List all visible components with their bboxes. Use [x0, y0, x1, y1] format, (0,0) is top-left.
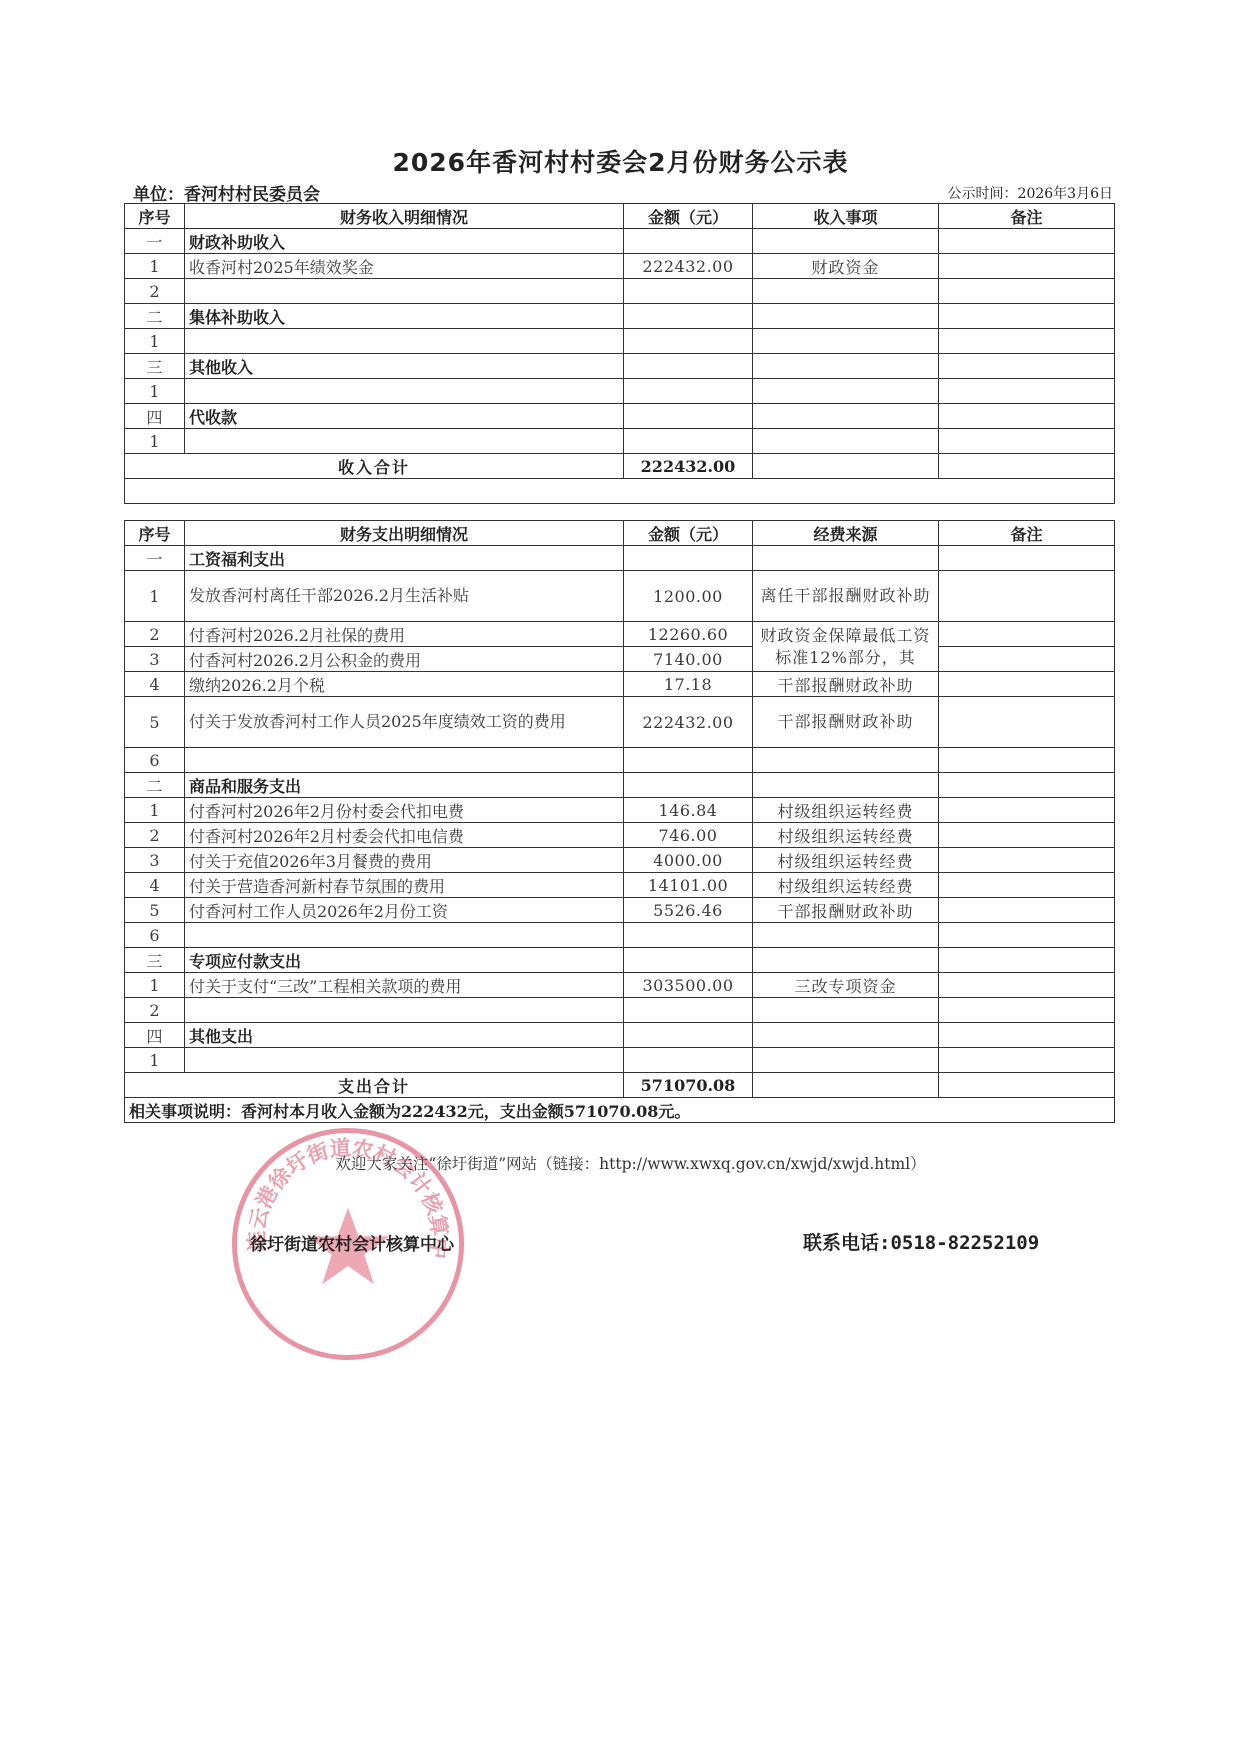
- table-row: 1: [125, 429, 1115, 454]
- description-cell: [185, 429, 624, 454]
- note-cell: [939, 823, 1115, 848]
- income-item-cell: [753, 279, 939, 304]
- funding-source-cell: [753, 998, 939, 1023]
- funding-source-cell: 干部报酬财政补助: [753, 697, 939, 748]
- seq-cell: 2: [125, 279, 185, 304]
- note-cell: [939, 647, 1115, 672]
- table-row: 2: [125, 279, 1115, 304]
- category-row: 三其他收入: [125, 354, 1115, 379]
- seq-cell: 2: [125, 998, 185, 1023]
- category-row: 一工资福利支出: [125, 546, 1115, 571]
- accounting-center-name: 徐圩街道农村会计核算中心: [250, 1230, 454, 1255]
- note-cell: [939, 329, 1115, 354]
- note-cell: [939, 672, 1115, 697]
- income-item-cell: [753, 329, 939, 354]
- amount-cell: 17.18: [624, 672, 753, 697]
- amount-cell: [624, 748, 753, 773]
- description-cell: 专项应付款支出: [185, 948, 624, 973]
- amount-cell: [624, 329, 753, 354]
- table-row: 3付香河村2026.2月公积金的费用7140.00: [125, 647, 1115, 672]
- amount-cell: [624, 1023, 753, 1048]
- empty-cell: [753, 454, 939, 479]
- seq-cell: 2: [125, 823, 185, 848]
- funding-source-cell: [753, 923, 939, 948]
- seq-cell: 5: [125, 898, 185, 923]
- funding-source-cell: 财政资金保障最低工资标准12%部分，其: [753, 622, 939, 672]
- income-total-amount: 222432.00: [624, 454, 753, 479]
- table-row: 4缴纳2026.2月个税17.18干部报酬财政补助: [125, 672, 1115, 697]
- column-header: 金额（元）: [624, 521, 753, 546]
- description-cell: 付香河村2026年2月份村委会代扣电费: [185, 798, 624, 823]
- seq-cell: 4: [125, 672, 185, 697]
- seq-cell: 1: [125, 1048, 185, 1073]
- table-row: 5付香河村工作人员2026年2月份工资5526.46干部报酬财政补助: [125, 898, 1115, 923]
- amount-cell: [624, 998, 753, 1023]
- description-cell: [185, 748, 624, 773]
- income-total-row: 收入合计222432.00: [125, 454, 1115, 479]
- income-table: 序号财务收入明细情况金额（元）收入事项备注一财政补助收入1收香河村2025年绩效…: [124, 203, 1115, 504]
- seq-cell: 2: [125, 622, 185, 647]
- note-cell: [939, 1048, 1115, 1073]
- funding-source-cell: 三改专项资金: [753, 973, 939, 998]
- remark-row: 相关事项说明：香河村本月收入金额为222432元，支出金额571070.08元。: [125, 1098, 1115, 1123]
- table-row: 1: [125, 1048, 1115, 1073]
- contact-phone: 联系电话:0518-82252109: [803, 1228, 1039, 1255]
- category-row: 一财政补助收入: [125, 229, 1115, 254]
- seq-cell: 4: [125, 873, 185, 898]
- amount-cell: [624, 429, 753, 454]
- table-row: 2: [125, 998, 1115, 1023]
- note-cell: [939, 254, 1115, 279]
- seq-cell: 一: [125, 546, 185, 571]
- description-cell: [185, 998, 624, 1023]
- note-cell: [939, 404, 1115, 429]
- column-header: 财务收入明细情况: [185, 204, 624, 229]
- expense-header-row: 序号财务支出明细情况金额（元）经费来源备注: [125, 521, 1115, 546]
- description-cell: 其他支出: [185, 1023, 624, 1048]
- description-cell: 财政补助收入: [185, 229, 624, 254]
- seq-cell: 1: [125, 254, 185, 279]
- amount-cell: 222432.00: [624, 697, 753, 748]
- description-cell: 工资福利支出: [185, 546, 624, 571]
- unit-label: 单位：香河村村民委员会: [133, 180, 320, 205]
- table-row: 1: [125, 379, 1115, 404]
- note-cell: [939, 279, 1115, 304]
- column-header: 序号: [125, 521, 185, 546]
- table-row: 1发放香河村离任干部2026.2月生活补贴1200.00离任干部报酬财政补助: [125, 571, 1115, 622]
- seq-cell: 5: [125, 697, 185, 748]
- empty-cell: [753, 1073, 939, 1098]
- table-row: 2付香河村2026.2月社保的费用12260.60财政资金保障最低工资标准12%…: [125, 622, 1115, 647]
- amount-cell: 12260.60: [624, 622, 753, 647]
- description-cell: 付关于营造香河新村春节氛围的费用: [185, 873, 624, 898]
- description-cell: [185, 923, 624, 948]
- table-row: 1付关于支付“三改”工程相关款项的费用303500.00三改专项资金: [125, 973, 1115, 998]
- description-cell: [185, 379, 624, 404]
- note-cell: [939, 773, 1115, 798]
- table-row: 1收香河村2025年绩效奖金222432.00财政资金: [125, 254, 1115, 279]
- expense-total-label: 支出合计: [125, 1073, 624, 1098]
- table-row: 4付关于营造香河新村春节氛围的费用14101.00村级组织运转经费: [125, 873, 1115, 898]
- description-cell: 发放香河村离任干部2026.2月生活补贴: [185, 571, 624, 622]
- seq-cell: 1: [125, 798, 185, 823]
- funding-source-cell: 离任干部报酬财政补助: [753, 571, 939, 622]
- amount-cell: 5526.46: [624, 898, 753, 923]
- note-cell: [939, 848, 1115, 873]
- amount-cell: 1200.00: [624, 571, 753, 622]
- amount-cell: [624, 546, 753, 571]
- table-row: 5付关于发放香河村工作人员2025年度绩效工资的费用222432.00干部报酬财…: [125, 697, 1115, 748]
- website-notice: 欢迎大家关注“徐圩街道”网站（链接：http://www.xwxq.gov.cn…: [0, 1152, 1241, 1174]
- amount-cell: [624, 304, 753, 329]
- amount-cell: 303500.00: [624, 973, 753, 998]
- amount-cell: [624, 279, 753, 304]
- description-cell: [185, 329, 624, 354]
- expense-total-amount: 571070.08: [624, 1073, 753, 1098]
- income-item-cell: 财政资金: [753, 254, 939, 279]
- note-cell: [939, 229, 1115, 254]
- funding-source-cell: [753, 546, 939, 571]
- description-cell: 付香河村2026.2月公积金的费用: [185, 647, 624, 672]
- category-row: 二商品和服务支出: [125, 773, 1115, 798]
- seq-cell: 三: [125, 354, 185, 379]
- category-row: 三专项应付款支出: [125, 948, 1115, 973]
- seq-cell: 四: [125, 1023, 185, 1048]
- description-cell: 付香河村2026年2月村委会代扣电信费: [185, 823, 624, 848]
- page-title: 2026年香河村村委会2月份财务公示表: [0, 143, 1241, 179]
- seq-cell: 1: [125, 329, 185, 354]
- description-cell: 集体补助收入: [185, 304, 624, 329]
- amount-cell: 4000.00: [624, 848, 753, 873]
- funding-source-cell: 村级组织运转经费: [753, 848, 939, 873]
- income-item-cell: [753, 379, 939, 404]
- note-cell: [939, 1023, 1115, 1048]
- seq-cell: 二: [125, 304, 185, 329]
- note-cell: [939, 622, 1115, 647]
- seq-cell: 3: [125, 848, 185, 873]
- category-row: 四其他支出: [125, 1023, 1115, 1048]
- funding-source-cell: 干部报酬财政补助: [753, 898, 939, 923]
- income-item-cell: [753, 354, 939, 379]
- description-cell: 收香河村2025年绩效奖金: [185, 254, 624, 279]
- note-cell: [939, 873, 1115, 898]
- table-row: 1付香河村2026年2月份村委会代扣电费146.84村级组织运转经费: [125, 798, 1115, 823]
- column-header: 收入事项: [753, 204, 939, 229]
- seq-cell: 一: [125, 229, 185, 254]
- empty-cell: [939, 1073, 1115, 1098]
- funding-source-cell: 村级组织运转经费: [753, 823, 939, 848]
- note-cell: [939, 304, 1115, 329]
- amount-cell: 146.84: [624, 798, 753, 823]
- note-cell: [939, 354, 1115, 379]
- amount-cell: 746.00: [624, 823, 753, 848]
- note-cell: [939, 429, 1115, 454]
- table-row: 1: [125, 329, 1115, 354]
- amount-cell: 7140.00: [624, 647, 753, 672]
- funding-source-cell: 干部报酬财政补助: [753, 672, 939, 697]
- income-item-cell: [753, 304, 939, 329]
- category-row: 四代收款: [125, 404, 1115, 429]
- column-header: 财务支出明细情况: [185, 521, 624, 546]
- table-row: 6: [125, 923, 1115, 948]
- description-cell: 其他收入: [185, 354, 624, 379]
- funding-source-cell: [753, 1048, 939, 1073]
- funding-source-cell: [753, 773, 939, 798]
- income-item-cell: [753, 429, 939, 454]
- table-row: 3付关于充值2026年3月餐费的费用4000.00村级组织运转经费: [125, 848, 1115, 873]
- amount-cell: [624, 1048, 753, 1073]
- note-cell: [939, 379, 1115, 404]
- seq-cell: 6: [125, 748, 185, 773]
- seq-cell: 3: [125, 647, 185, 672]
- amount-cell: [624, 773, 753, 798]
- amount-cell: 14101.00: [624, 873, 753, 898]
- description-cell: 缴纳2026.2月个税: [185, 672, 624, 697]
- seq-cell: 6: [125, 923, 185, 948]
- remark-text: 相关事项说明：香河村本月收入金额为222432元，支出金额571070.08元。: [125, 1098, 1115, 1123]
- expense-total-row: 支出合计571070.08: [125, 1073, 1115, 1098]
- income-item-cell: [753, 404, 939, 429]
- column-header: 经费来源: [753, 521, 939, 546]
- note-cell: [939, 923, 1115, 948]
- column-header: 备注: [939, 521, 1115, 546]
- seq-cell: 1: [125, 571, 185, 622]
- description-cell: 付关于支付“三改”工程相关款项的费用: [185, 973, 624, 998]
- publish-time: 公示时间：2026年3月6日: [948, 183, 1113, 203]
- column-header: 金额（元）: [624, 204, 753, 229]
- table-row: 2付香河村2026年2月村委会代扣电信费746.00村级组织运转经费: [125, 823, 1115, 848]
- note-cell: [939, 948, 1115, 973]
- column-header: 序号: [125, 204, 185, 229]
- description-cell: [185, 279, 624, 304]
- funding-source-cell: [753, 948, 939, 973]
- note-cell: [939, 571, 1115, 622]
- spacer-cell: [125, 479, 1115, 504]
- table-row: 6: [125, 748, 1115, 773]
- seq-cell: 四: [125, 404, 185, 429]
- seq-cell: 1: [125, 429, 185, 454]
- description-cell: 付关于发放香河村工作人员2025年度绩效工资的费用: [185, 697, 624, 748]
- column-header: 备注: [939, 204, 1115, 229]
- description-cell: [185, 1048, 624, 1073]
- funding-source-cell: [753, 1023, 939, 1048]
- note-cell: [939, 798, 1115, 823]
- description-cell: 付关于充值2026年3月餐费的费用: [185, 848, 624, 873]
- income-item-cell: [753, 229, 939, 254]
- amount-cell: [624, 948, 753, 973]
- amount-cell: [624, 229, 753, 254]
- note-cell: [939, 973, 1115, 998]
- amount-cell: [624, 354, 753, 379]
- seq-cell: 三: [125, 948, 185, 973]
- amount-cell: [624, 379, 753, 404]
- empty-cell: [939, 454, 1115, 479]
- description-cell: 付香河村工作人员2026年2月份工资: [185, 898, 624, 923]
- amount-cell: [624, 404, 753, 429]
- amount-cell: 222432.00: [624, 254, 753, 279]
- note-cell: [939, 998, 1115, 1023]
- seq-cell: 二: [125, 773, 185, 798]
- funding-source-cell: [753, 748, 939, 773]
- expense-table: 序号财务支出明细情况金额（元）经费来源备注一工资福利支出1发放香河村离任干部20…: [124, 520, 1115, 1123]
- spacer-row: [125, 479, 1115, 504]
- income-header-row: 序号财务收入明细情况金额（元）收入事项备注: [125, 204, 1115, 229]
- description-cell: 代收款: [185, 404, 624, 429]
- description-cell: 商品和服务支出: [185, 773, 624, 798]
- note-cell: [939, 546, 1115, 571]
- seq-cell: 1: [125, 379, 185, 404]
- note-cell: [939, 898, 1115, 923]
- description-cell: 付香河村2026.2月社保的费用: [185, 622, 624, 647]
- note-cell: [939, 748, 1115, 773]
- funding-source-cell: 村级组织运转经费: [753, 873, 939, 898]
- category-row: 二集体补助收入: [125, 304, 1115, 329]
- funding-source-cell: 村级组织运转经费: [753, 798, 939, 823]
- amount-cell: [624, 923, 753, 948]
- seq-cell: 1: [125, 973, 185, 998]
- income-total-label: 收入合计: [125, 454, 624, 479]
- note-cell: [939, 697, 1115, 748]
